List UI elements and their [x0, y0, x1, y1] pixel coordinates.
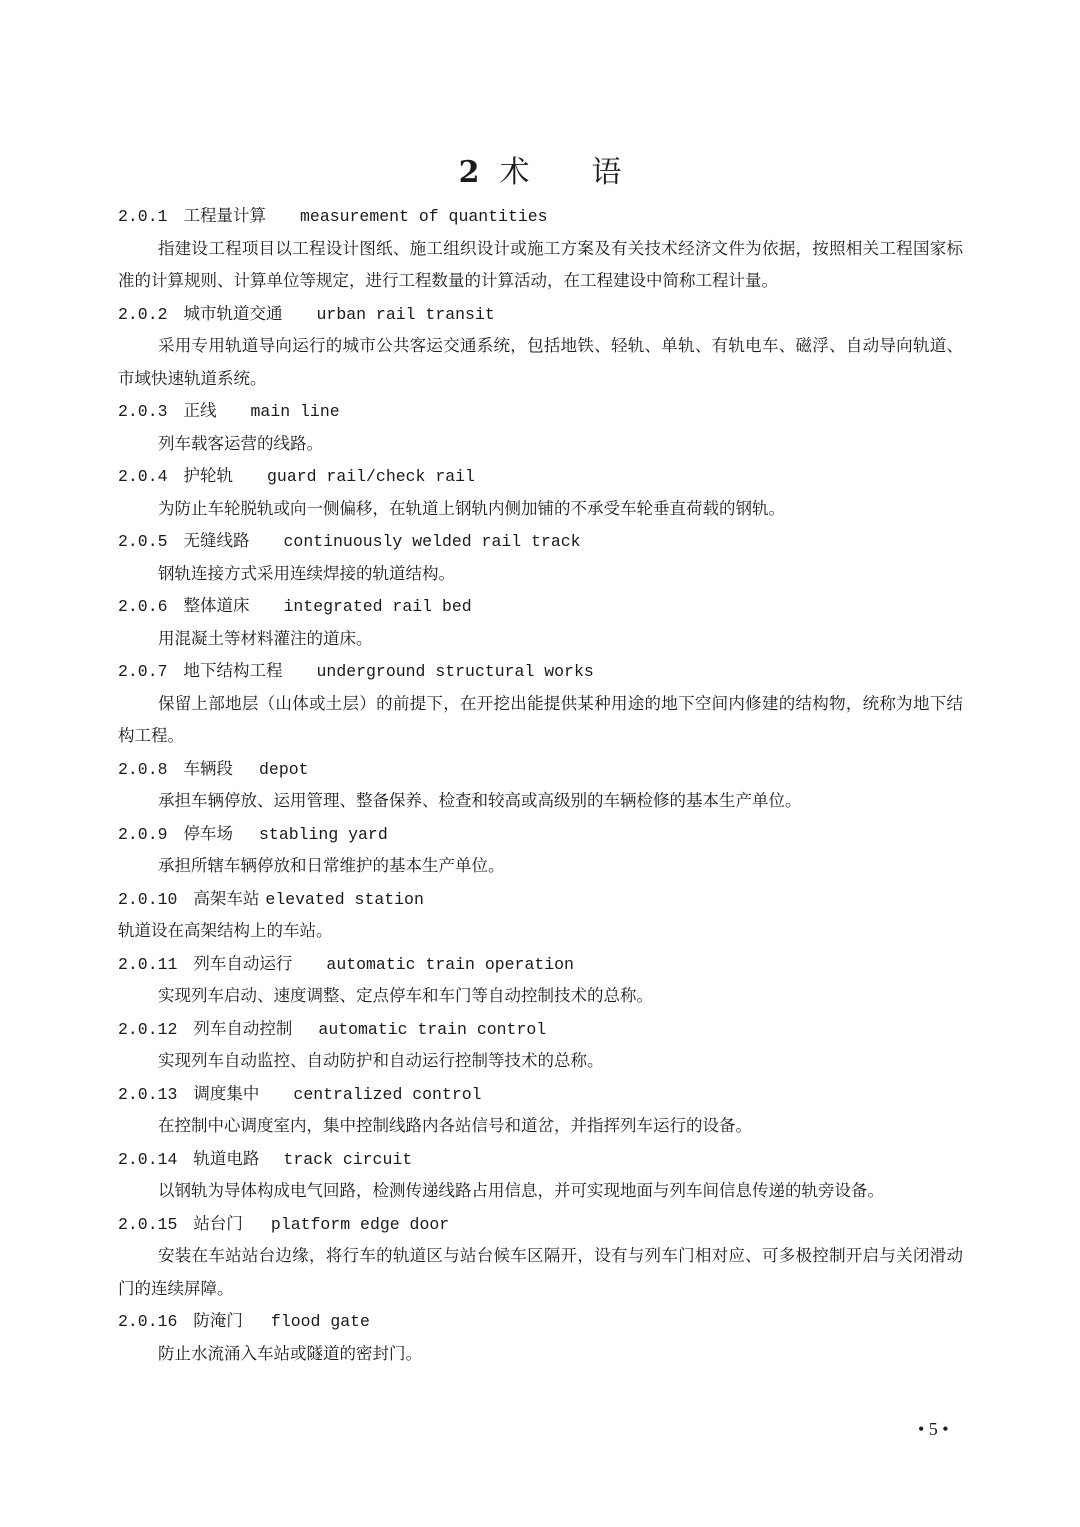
term-definition: 指建设工程项目以工程设计图纸、施工组织设计或施工方案及有关技术经济文件为依据，按…: [118, 233, 963, 298]
term-code: 2.0.14: [118, 1144, 177, 1177]
term-zh: 无缝线路: [184, 531, 250, 550]
term-en: measurement of quantities: [300, 207, 548, 226]
term-heading: 2.0.6整体道床integrated rail bed: [118, 590, 963, 623]
term-code: 2.0.9: [118, 819, 168, 852]
document-page: 2术语 2.0.1工程量计算measurement of quantities …: [0, 0, 1080, 1527]
term-definition: 安装在车站站台边缘，将行车的轨道区与站台候车区隔开，设有与列车门相对应、可多极控…: [118, 1240, 963, 1305]
term-en: elevated station: [265, 890, 423, 909]
term-heading: 2.0.9停车场stabling yard: [118, 818, 963, 851]
term-zh: 正线: [184, 401, 217, 420]
term-definition: 以钢轨为导体构成电气回路，检测传递线路占用信息，并可实现地面与列车间信息传递的轨…: [118, 1175, 963, 1208]
term-heading: 2.0.15站台门platform edge door: [118, 1208, 963, 1241]
term-definition: 承担车辆停放、运用管理、整备保养、检查和较高或高级别的车辆检修的基本生产单位。: [118, 785, 963, 818]
term-definition: 列车载客运营的线路。: [118, 428, 963, 461]
term-zh: 轨道电路: [193, 1149, 259, 1168]
term-code: 2.0.5: [118, 526, 168, 559]
term-en: platform edge door: [271, 1215, 449, 1234]
term-code: 2.0.11: [118, 949, 177, 982]
term-en: integrated rail bed: [284, 597, 472, 616]
term-zh: 车辆段: [184, 759, 234, 778]
term-zh: 地下结构工程: [184, 661, 283, 680]
term-zh: 整体道床: [184, 596, 250, 615]
term-zh: 列车自动运行: [193, 954, 292, 973]
term-heading: 2.0.5无缝线路continuously welded rail track: [118, 525, 963, 558]
term-en: guard rail/check rail: [267, 467, 475, 486]
term-zh: 列车自动控制: [193, 1019, 292, 1038]
term-definition: 钢轨连接方式采用连续焊接的轨道结构。: [118, 558, 963, 591]
term-zh: 高架车站: [193, 889, 259, 908]
term-en: stabling yard: [259, 825, 388, 844]
term-code: 2.0.12: [118, 1014, 177, 1047]
term-definition: 保留上部地层（山体或土层）的前提下，在开挖出能提供某种用途的地下空间内修建的结构…: [118, 688, 963, 753]
term-en: continuously welded rail track: [284, 532, 581, 551]
term-heading: 2.0.1工程量计算measurement of quantities: [118, 200, 963, 233]
chapter-title-char-2: 语: [591, 155, 621, 190]
term-definition: 承担所辖车辆停放和日常维护的基本生产单位。: [118, 850, 963, 883]
term-zh: 停车场: [184, 824, 234, 843]
term-heading: 2.0.14轨道电路track circuit: [118, 1143, 963, 1176]
term-heading: 2.0.11列车自动运行automatic train operation: [118, 948, 963, 981]
term-heading: 2.0.16防淹门flood gate: [118, 1305, 963, 1338]
term-definition: 在控制中心调度室内，集中控制线路内各站信号和道岔，并指挥列车运行的设备。: [118, 1110, 963, 1143]
term-en: track circuit: [283, 1150, 412, 1169]
term-en: automatic train operation: [326, 955, 574, 974]
term-zh: 护轮轨: [184, 466, 234, 485]
term-definition: 实现列车启动、速度调整、定点停车和车门等自动控制技术的总称。: [118, 980, 963, 1013]
term-heading: 2.0.10高架车站elevated station: [118, 883, 963, 916]
term-code: 2.0.7: [118, 656, 168, 689]
chapter-title: 2术语: [0, 153, 1080, 193]
term-heading: 2.0.7地下结构工程underground structural works: [118, 655, 963, 688]
term-code: 2.0.1: [118, 201, 168, 234]
term-zh: 站台门: [193, 1214, 243, 1233]
terms-list: 2.0.1工程量计算measurement of quantities 指建设工…: [118, 200, 963, 1370]
term-code: 2.0.2: [118, 299, 168, 332]
term-en: automatic train control: [318, 1020, 546, 1039]
term-en: depot: [259, 760, 309, 779]
page-number: • 5 •: [918, 1419, 949, 1440]
term-code: 2.0.8: [118, 754, 168, 787]
term-definition: 为防止车轮脱轨或向一侧偏移，在轨道上钢轨内侧加铺的不承受车轮垂直荷载的钢轨。: [118, 493, 963, 526]
term-en: urban rail transit: [317, 305, 495, 324]
term-en: flood gate: [271, 1312, 370, 1331]
term-en: centralized control: [293, 1085, 481, 1104]
term-code: 2.0.16: [118, 1306, 177, 1339]
term-en: main line: [251, 402, 340, 421]
term-code: 2.0.13: [118, 1079, 177, 1112]
term-definition: 用混凝土等材料灌注的道床。: [118, 623, 963, 656]
term-definition: 实现列车自动监控、自动防护和自动运行控制等技术的总称。: [118, 1045, 963, 1078]
term-heading: 2.0.13调度集中centralized control: [118, 1078, 963, 1111]
chapter-number: 2: [459, 155, 480, 190]
term-heading: 2.0.2城市轨道交通urban rail transit: [118, 298, 963, 331]
term-code: 2.0.15: [118, 1209, 177, 1242]
term-heading: 2.0.4护轮轨guard rail/check rail: [118, 460, 963, 493]
term-code: 2.0.3: [118, 396, 168, 429]
chapter-title-char-1: 术: [499, 155, 529, 190]
term-code: 2.0.4: [118, 461, 168, 494]
term-zh: 城市轨道交通: [184, 304, 283, 323]
term-definition: 防止水流涌入车站或隧道的密封门。: [118, 1338, 963, 1371]
term-definition: 采用专用轨道导向运行的城市公共客运交通系统，包括地铁、轻轨、单轨、有轨电车、磁浮…: [118, 330, 963, 395]
term-definition: 轨道设在高架结构上的车站。: [118, 915, 963, 948]
term-zh: 防淹门: [193, 1311, 243, 1330]
term-code: 2.0.6: [118, 591, 168, 624]
term-heading: 2.0.3正线main line: [118, 395, 963, 428]
term-heading: 2.0.12列车自动控制automatic train control: [118, 1013, 963, 1046]
term-zh: 调度集中: [193, 1084, 259, 1103]
term-zh: 工程量计算: [184, 206, 267, 225]
term-code: 2.0.10: [118, 884, 177, 917]
term-heading: 2.0.8车辆段depot: [118, 753, 963, 786]
term-en: underground structural works: [317, 662, 594, 681]
